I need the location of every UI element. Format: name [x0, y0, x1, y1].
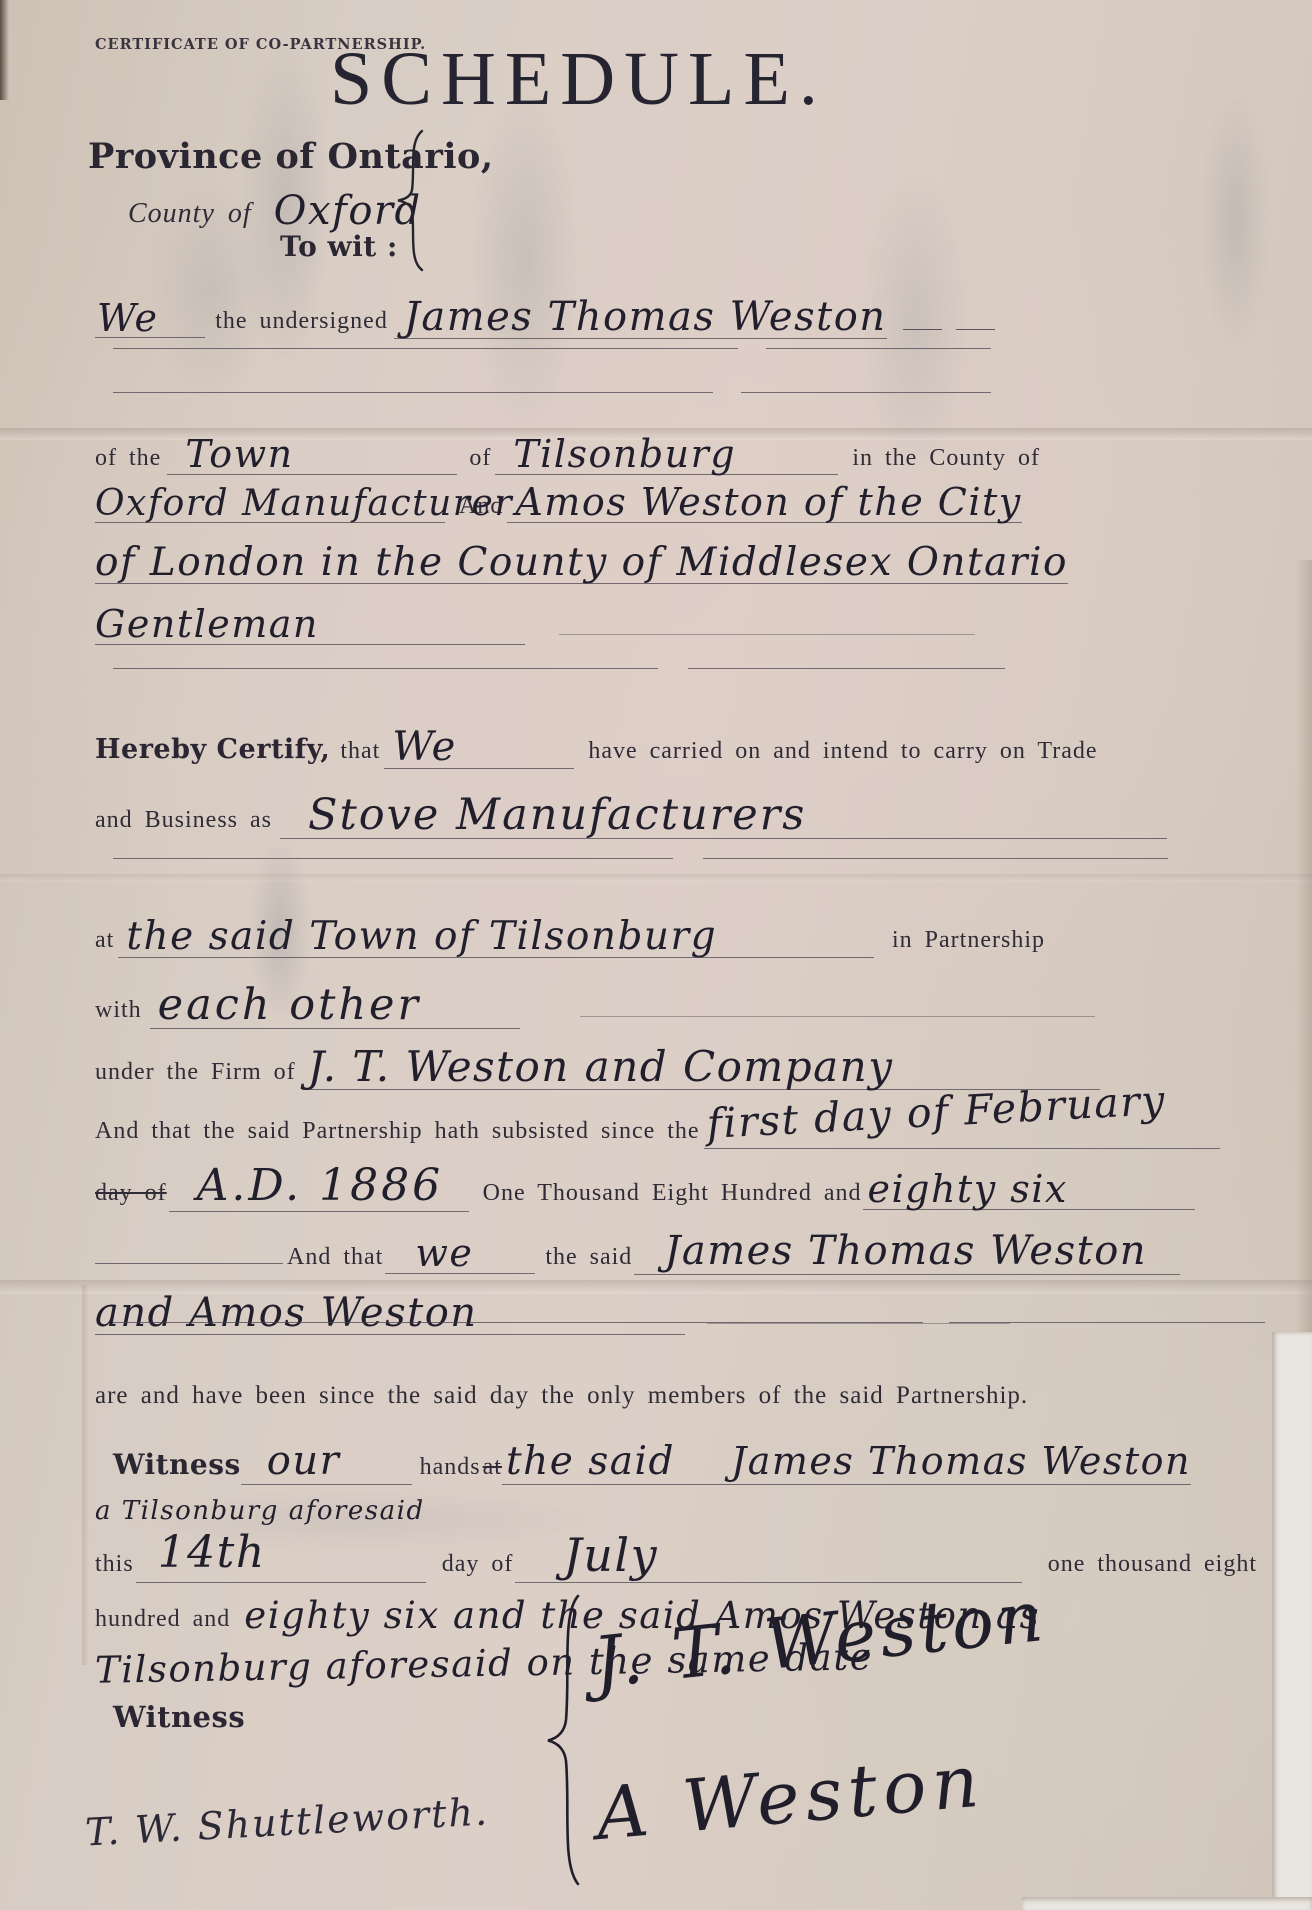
with-handwritten: each other: [158, 980, 421, 1030]
blank-segment: [95, 1263, 283, 1264]
signature-brace: [542, 1592, 586, 1888]
that-label: that: [340, 738, 380, 765]
the-said-slot: James Thomas Weston: [634, 1228, 1180, 1275]
partner2-slot: Amos Weston of the City: [507, 478, 1021, 523]
hundred-label: hundred and: [95, 1606, 230, 1633]
undersigned-handwritten: James Thomas Weston: [404, 294, 887, 340]
document-title-text: SCHEDULE.: [330, 36, 827, 123]
blank-line: [113, 668, 1005, 702]
hands-label: hands: [420, 1454, 481, 1481]
with-row: with each other: [95, 978, 1095, 1028]
interline-note-row: a Tilsonburg aforesaid: [95, 1496, 425, 1526]
partner2-line2-handwritten: of London in the County of Middlesex Ont…: [95, 540, 1068, 585]
blank-segment: [580, 1016, 1095, 1017]
hands-value-slot: the said James Thomas Weston: [502, 1439, 1191, 1485]
left-fold-shadow: [82, 1285, 89, 1665]
business-row: and Business as Stove Manufacturers: [95, 788, 1167, 838]
ad-handwritten: A.D. 1886: [197, 1160, 443, 1211]
municipality-name-slot: Tilsonburg: [495, 430, 838, 475]
witness-signature-row: T. W. Shuttleworth.: [85, 1800, 489, 1844]
occupation-row: Oxford Manufacturer And Amos Weston of t…: [95, 478, 1003, 524]
business-slot: Stove Manufacturers: [280, 788, 1167, 839]
photo-dark-corner: [0, 0, 9, 100]
we-slot: We: [95, 293, 205, 338]
blank-segment: [113, 348, 738, 349]
backing-surface-right: [1272, 1332, 1312, 1910]
blank-segment: [766, 348, 991, 349]
year-words-handwritten: eighty six: [867, 1167, 1067, 1211]
bleedthrough-smudge: [1200, 90, 1270, 350]
certify-we-slot: We: [384, 722, 574, 769]
blank-line: [113, 858, 1168, 892]
municipality-row: of the Town of Tilsonburg in the County …: [95, 430, 1040, 472]
gentleman-handwritten: Gentleman: [95, 602, 319, 646]
day-of-struck-label: day of: [95, 1180, 167, 1207]
year-words-slot: eighty six: [863, 1165, 1195, 1210]
we-handwritten: We: [97, 296, 158, 340]
county-line: County of Oxford: [128, 186, 422, 232]
at-label: at: [95, 927, 114, 954]
occupation-slot: Oxford Manufacturer: [95, 481, 445, 523]
subsisted-slot: first day of February: [704, 1100, 1220, 1149]
with-label: with: [95, 997, 142, 1024]
blank-line: [113, 1322, 1265, 1356]
blank-line: [113, 348, 991, 382]
certify-row: Hereby Certify, that We have carried on …: [95, 722, 1167, 768]
firm-row: under the Firm of J. T. Weston and Compa…: [95, 1040, 1100, 1092]
ad-slot: A.D. 1886: [169, 1160, 469, 1212]
trailing-dash: [956, 328, 995, 330]
witness-signature: T. W. Shuttleworth.: [84, 1789, 490, 1854]
name-handwritten: James Thomas Weston: [731, 1439, 1191, 1483]
municipality-type-slot: Town: [167, 430, 457, 475]
document-title: SCHEDULE.: [330, 36, 827, 123]
hereby-certify-label: Hereby Certify,: [95, 734, 330, 765]
business-label: and Business as: [95, 807, 272, 834]
subsisted-label: And that the said Partnership hath subsi…: [95, 1118, 700, 1145]
backing-surface-bottom: [1022, 1897, 1312, 1910]
blank-segment: [113, 668, 658, 669]
blank-segment: [113, 1322, 923, 1323]
carried-on-label: have carried on and intend to carry on T…: [588, 738, 1097, 765]
at-row: at the said Town of Tilsonburg in Partne…: [95, 912, 1045, 962]
blank-segment: [741, 392, 991, 393]
year-row: day of A.D. 1886 One Thousand Eight Hund…: [95, 1160, 1195, 1212]
firm-label: under the Firm of: [95, 1059, 296, 1086]
business-handwritten: Stove Manufacturers: [308, 790, 806, 840]
undersigned-row: We the undersigned James Thomas Weston: [95, 292, 995, 336]
members-sentence: are and have been since the said day the…: [95, 1382, 1028, 1410]
members-row: are and have been since the said day the…: [95, 1382, 1028, 1410]
day-of-label: day of: [442, 1551, 514, 1578]
day-handwritten: 14th: [158, 1527, 266, 1578]
undersigned-label: the undersigned: [215, 308, 388, 335]
at-slot: the said Town of Tilsonburg: [118, 912, 874, 958]
blank-segment: [688, 668, 1005, 669]
in-county-label: in the County of: [852, 445, 1040, 472]
to-wit-line: To wit :: [280, 230, 398, 263]
blank-line: [113, 392, 991, 426]
partner2-row-3: Gentleman: [95, 600, 975, 648]
interline-note-handwritten: a Tilsonburg aforesaid: [95, 1496, 425, 1526]
thousand-label: One Thousand Eight Hundred and: [483, 1180, 862, 1207]
with-slot: each other: [150, 978, 520, 1029]
of-the-label: of the: [95, 445, 161, 472]
witness-heading-text: Witness: [113, 1700, 245, 1734]
partner1-signature-row: J. T. Weston: [598, 1622, 1053, 1704]
the-said-handwritten: James Thomas Weston: [664, 1228, 1147, 1274]
undersigned-slot: James Thomas Weston: [394, 292, 887, 339]
day-slot: 14th: [136, 1531, 426, 1583]
blank-segment: [113, 858, 673, 859]
blank-segment: [703, 858, 1168, 859]
at-handwritten: the said Town of Tilsonburg: [126, 914, 717, 959]
and-that-slot: we: [385, 1229, 535, 1274]
blank-segment: [113, 392, 713, 393]
witness-our-handwritten: our: [267, 1438, 340, 1484]
blank-segment: [559, 634, 975, 635]
occupation-handwritten: Oxford Manufacturer: [95, 483, 513, 524]
partner2-handwritten: Amos Weston of the City: [515, 480, 1021, 524]
blank-segment: [949, 1322, 1265, 1323]
at-struck-label: at: [483, 1454, 502, 1481]
witness-heading-row: Witness: [113, 1700, 245, 1734]
page-edge-right: [1296, 560, 1312, 1340]
firm-handwritten: J. T. Weston and Company: [308, 1042, 894, 1091]
certify-we-handwritten: We: [392, 724, 457, 770]
scanned-document-photo: CERTIFICATE OF CO-PARTNERSHIP. SCHEDULE.…: [0, 0, 1312, 1910]
municipality-name-handwritten: Tilsonburg: [513, 432, 736, 476]
of-label: of: [469, 445, 491, 472]
this-label: this: [95, 1551, 134, 1578]
gentleman-slot: Gentleman: [95, 600, 525, 645]
municipality-type-handwritten: Town: [185, 432, 293, 476]
month-slot: July: [515, 1528, 1021, 1583]
date-row: this 14th day of July one thousand eight: [95, 1528, 1257, 1582]
witness-our-slot: our: [241, 1438, 412, 1485]
month-handwritten: July: [563, 1528, 658, 1582]
and-that-handwritten: we: [415, 1231, 473, 1275]
thousand-eight-label: one thousand eight: [1048, 1551, 1257, 1578]
partner2-signature-row: A Weston: [600, 1772, 989, 1856]
and-that-row: And that we the said James Thomas Weston: [95, 1228, 1180, 1278]
subsisted-row: And that the said Partnership hath subsi…: [95, 1100, 1220, 1148]
firm-slot: J. T. Weston and Company: [302, 1040, 1100, 1090]
county-label: County of: [128, 198, 252, 230]
partner2-row-2: of London in the County of Middlesex Ont…: [95, 538, 995, 586]
province-line: Province of Ontario,: [88, 136, 494, 177]
the-said-handwritten-2: the said: [506, 1439, 675, 1484]
trailing-dash: [903, 328, 942, 330]
partner2-signature: A Weston: [593, 1738, 988, 1856]
witness-hands-row: Witness our hands at the said James Thom…: [113, 1438, 1191, 1486]
the-said-label: the said: [545, 1244, 632, 1271]
partner2-line2-slot: of London in the County of Middlesex Ont…: [95, 538, 1068, 584]
and-that-label: And that: [287, 1244, 383, 1271]
province-text: Province of Ontario,: [88, 136, 494, 177]
to-wit-text: To wit :: [280, 230, 398, 263]
witness-label: Witness: [113, 1448, 241, 1481]
in-partnership-label: in Partnership: [892, 927, 1045, 954]
